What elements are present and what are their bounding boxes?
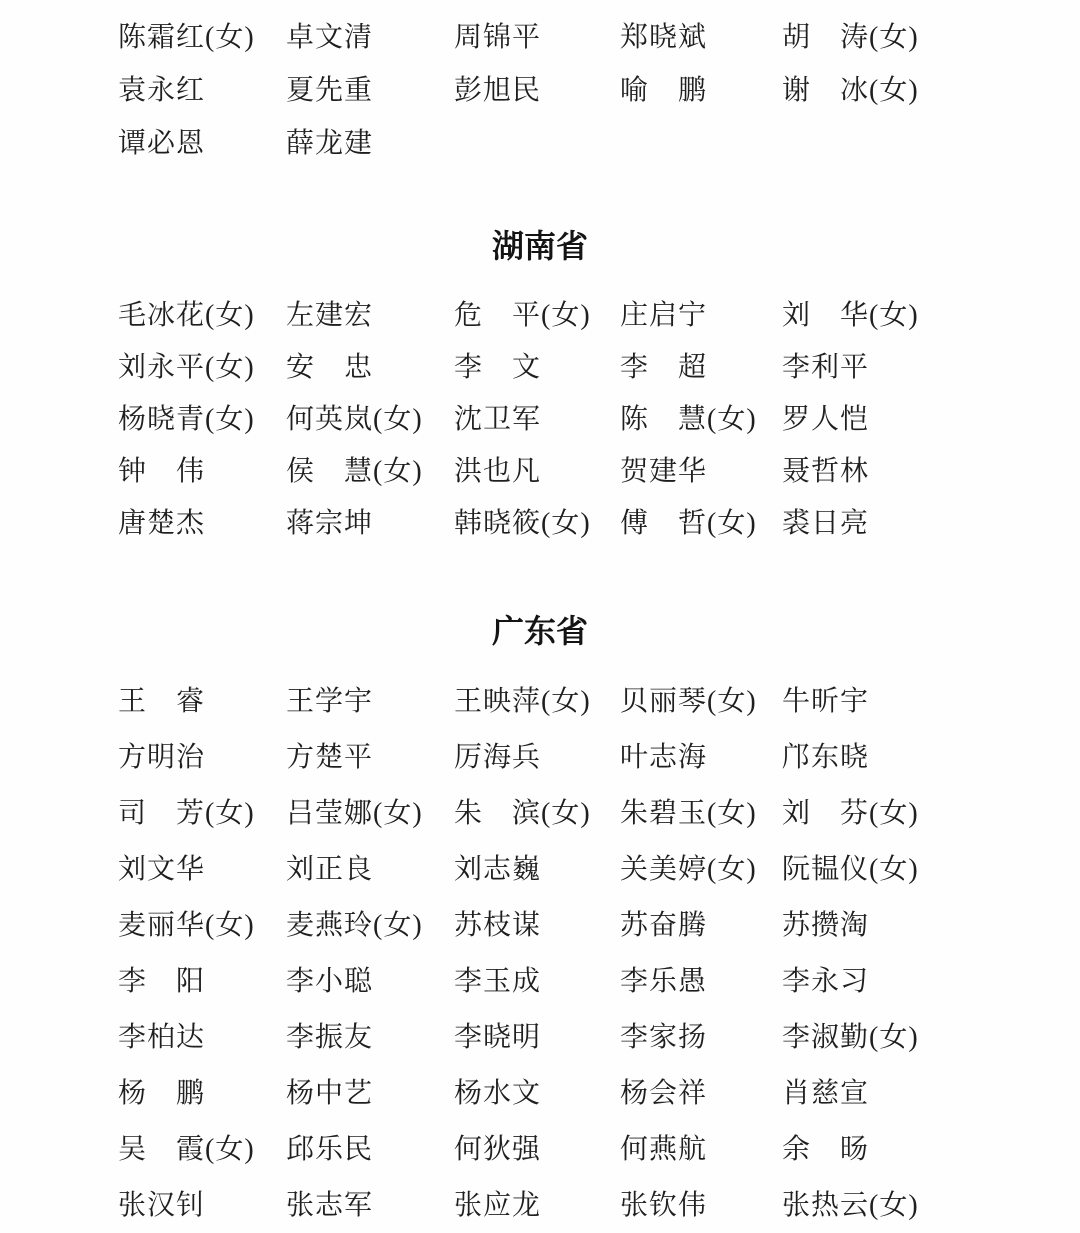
- name-row: 刘永平(女)安 忠李 文李 超李利平: [118, 339, 990, 391]
- name-cell: 周锦平: [454, 15, 620, 55]
- name-cell: 叶志海: [620, 735, 782, 775]
- name-cell: 郑晓斌: [620, 15, 782, 55]
- name-row: 王 睿王学宇王映萍(女)贝丽琴(女)牛昕宇: [118, 671, 990, 727]
- name-cell: 邱乐民: [286, 1127, 454, 1167]
- name-row: 吴 霞(女)邱乐民何狄强何燕航余 旸: [118, 1119, 990, 1175]
- name-cell: 牛昕宇: [782, 679, 990, 719]
- name-cell: 李小聪: [286, 959, 454, 999]
- name-row: 李 阳李小聪李玉成李乐愚李永习: [118, 951, 990, 1007]
- name-cell: 韩晓筱(女): [454, 501, 620, 541]
- name-cell: 余 旸: [782, 1127, 990, 1167]
- name-cell: 何燕航: [620, 1127, 782, 1167]
- name-cell: 罗人恺: [782, 397, 990, 437]
- name-cell: 胡 涛(女): [782, 15, 990, 55]
- name-cell: 侯 慧(女): [286, 449, 454, 489]
- name-cell: 麦丽华(女): [118, 903, 286, 943]
- name-cell: 苏奋腾: [620, 903, 782, 943]
- name-cell: 薛龙建: [286, 121, 454, 161]
- name-cell: 危 平(女): [454, 293, 620, 333]
- name-cell: 沈卫军: [454, 397, 620, 437]
- name-cell: 张钦伟: [620, 1183, 782, 1223]
- name-cell: 李利平: [782, 345, 990, 385]
- name-cell: 张汉钊: [118, 1183, 286, 1223]
- name-row: 陈霜红(女)卓文清周锦平郑晓斌胡 涛(女): [118, 8, 990, 61]
- name-row: 李柏达李振友李晓明李家扬李淑勤(女): [118, 1007, 990, 1063]
- name-cell: 卓文清: [286, 15, 454, 55]
- name-cell: 邝东晓: [782, 735, 990, 775]
- name-cell: 彭旭民: [454, 68, 620, 108]
- name-rows: 王 睿王学宇王映萍(女)贝丽琴(女)牛昕宇方明治方楚平厉海兵叶志海邝东晓司 芳(…: [0, 671, 1080, 1231]
- name-row: 麦丽华(女)麦燕玲(女)苏枝谋苏奋腾苏攒淘: [118, 895, 990, 951]
- name-cell: 谭必恩: [118, 121, 286, 161]
- name-row: 杨 鹏杨中艺杨水文杨会祥肖慈宣: [118, 1063, 990, 1119]
- name-cell: 张热云(女): [782, 1183, 990, 1223]
- name-row: 刘文华刘正良刘志巍关美婷(女)阮韫仪(女): [118, 839, 990, 895]
- continuation-section: 陈霜红(女)卓文清周锦平郑晓斌胡 涛(女)袁永红夏先重彭旭民喻 鹏谢 冰(女)谭…: [0, 8, 1080, 167]
- name-cell: 李振友: [286, 1015, 454, 1055]
- province-section: 广东省王 睿王学宇王映萍(女)贝丽琴(女)牛昕宇方明治方楚平厉海兵叶志海邝东晓司…: [0, 604, 1080, 1231]
- name-cell: 杨 鹏: [118, 1071, 286, 1111]
- name-cell: 陈霜红(女): [118, 15, 286, 55]
- name-cell: 李玉成: [454, 959, 620, 999]
- name-rows: 毛冰花(女)左建宏危 平(女)庄启宁刘 华(女)刘永平(女)安 忠李 文李 超李…: [0, 287, 1080, 547]
- name-cell: 方楚平: [286, 735, 454, 775]
- name-cell: 杨晓青(女): [118, 397, 286, 437]
- name-cell: 裘日亮: [782, 501, 990, 541]
- name-cell: 傅 哲(女): [620, 501, 782, 541]
- name-cell: 关美婷(女): [620, 847, 782, 887]
- name-row: 司 芳(女)吕莹娜(女)朱 滨(女)朱碧玉(女)刘 芬(女): [118, 783, 990, 839]
- name-cell: 刘文华: [118, 847, 286, 887]
- name-cell: 厉海兵: [454, 735, 620, 775]
- name-cell: 李 阳: [118, 959, 286, 999]
- name-cell: 安 忠: [286, 345, 454, 385]
- name-cell: 刘志巍: [454, 847, 620, 887]
- name-cell: 张志军: [286, 1183, 454, 1223]
- name-row: 钟 伟侯 慧(女)洪也凡贺建华聂哲林: [118, 443, 990, 495]
- name-cell: 司 芳(女): [118, 791, 286, 831]
- name-cell: 贝丽琴(女): [620, 679, 782, 719]
- name-cell: 何英岚(女): [286, 397, 454, 437]
- name-row: 毛冰花(女)左建宏危 平(女)庄启宁刘 华(女): [118, 287, 990, 339]
- name-cell: 张应龙: [454, 1183, 620, 1223]
- name-cell: 洪也凡: [454, 449, 620, 489]
- name-cell: 王学宇: [286, 679, 454, 719]
- name-cell: 刘 芬(女): [782, 791, 990, 831]
- name-cell: 唐楚杰: [118, 501, 286, 541]
- name-cell: 王 睿: [118, 679, 286, 719]
- name-row: 方明治方楚平厉海兵叶志海邝东晓: [118, 727, 990, 783]
- name-cell: 李 超: [620, 345, 782, 385]
- name-cell: 何狄强: [454, 1127, 620, 1167]
- name-rows: 陈霜红(女)卓文清周锦平郑晓斌胡 涛(女)袁永红夏先重彭旭民喻 鹏谢 冰(女)谭…: [0, 8, 1080, 167]
- name-cell: 庄启宁: [620, 293, 782, 333]
- name-cell: 方明治: [118, 735, 286, 775]
- name-cell: 刘 华(女): [782, 293, 990, 333]
- name-cell: 毛冰花(女): [118, 293, 286, 333]
- name-cell: 麦燕玲(女): [286, 903, 454, 943]
- name-cell: 朱碧玉(女): [620, 791, 782, 831]
- province-header: 广东省: [0, 604, 1080, 658]
- name-cell: 贺建华: [620, 449, 782, 489]
- province-header: 湖南省: [0, 219, 1080, 273]
- name-cell: 李柏达: [118, 1015, 286, 1055]
- name-cell: 蒋宗坤: [286, 501, 454, 541]
- name-cell: 钟 伟: [118, 449, 286, 489]
- name-row: 谭必恩薛龙建: [118, 114, 990, 167]
- name-cell: 李乐愚: [620, 959, 782, 999]
- name-cell: 朱 滨(女): [454, 791, 620, 831]
- name-cell: 李家扬: [620, 1015, 782, 1055]
- name-cell: 聂哲林: [782, 449, 990, 489]
- name-cell: 陈 慧(女): [620, 397, 782, 437]
- name-cell: 李晓明: [454, 1015, 620, 1055]
- name-cell: 袁永红: [118, 68, 286, 108]
- name-cell: 左建宏: [286, 293, 454, 333]
- name-cell: 刘正良: [286, 847, 454, 887]
- name-cell: 阮韫仪(女): [782, 847, 990, 887]
- name-cell: 谢 冰(女): [782, 68, 990, 108]
- name-cell: 喻 鹏: [620, 68, 782, 108]
- name-row: 唐楚杰蒋宗坤韩晓筱(女)傅 哲(女)裘日亮: [118, 495, 990, 547]
- name-cell: 夏先重: [286, 68, 454, 108]
- name-row: 张汉钊张志军张应龙张钦伟张热云(女): [118, 1175, 990, 1231]
- name-cell: 李 文: [454, 345, 620, 385]
- name-cell: 苏攒淘: [782, 903, 990, 943]
- document-page: 陈霜红(女)卓文清周锦平郑晓斌胡 涛(女)袁永红夏先重彭旭民喻 鹏谢 冰(女)谭…: [0, 0, 1080, 1233]
- name-cell: 杨中艺: [286, 1071, 454, 1111]
- name-cell: 苏枝谋: [454, 903, 620, 943]
- name-row: 袁永红夏先重彭旭民喻 鹏谢 冰(女): [118, 61, 990, 114]
- name-cell: 李永习: [782, 959, 990, 999]
- name-cell: 肖慈宣: [782, 1071, 990, 1111]
- name-row: 杨晓青(女)何英岚(女)沈卫军陈 慧(女)罗人恺: [118, 391, 990, 443]
- name-cell: 王映萍(女): [454, 679, 620, 719]
- name-cell: 吴 霞(女): [118, 1127, 286, 1167]
- province-section: 湖南省毛冰花(女)左建宏危 平(女)庄启宁刘 华(女)刘永平(女)安 忠李 文李…: [0, 219, 1080, 547]
- name-list: 陈霜红(女)卓文清周锦平郑晓斌胡 涛(女)袁永红夏先重彭旭民喻 鹏谢 冰(女)谭…: [0, 0, 1080, 1231]
- name-cell: 吕莹娜(女): [286, 791, 454, 831]
- name-cell: 杨水文: [454, 1071, 620, 1111]
- name-cell: 杨会祥: [620, 1071, 782, 1111]
- name-cell: 刘永平(女): [118, 345, 286, 385]
- name-cell: 李淑勤(女): [782, 1015, 990, 1055]
